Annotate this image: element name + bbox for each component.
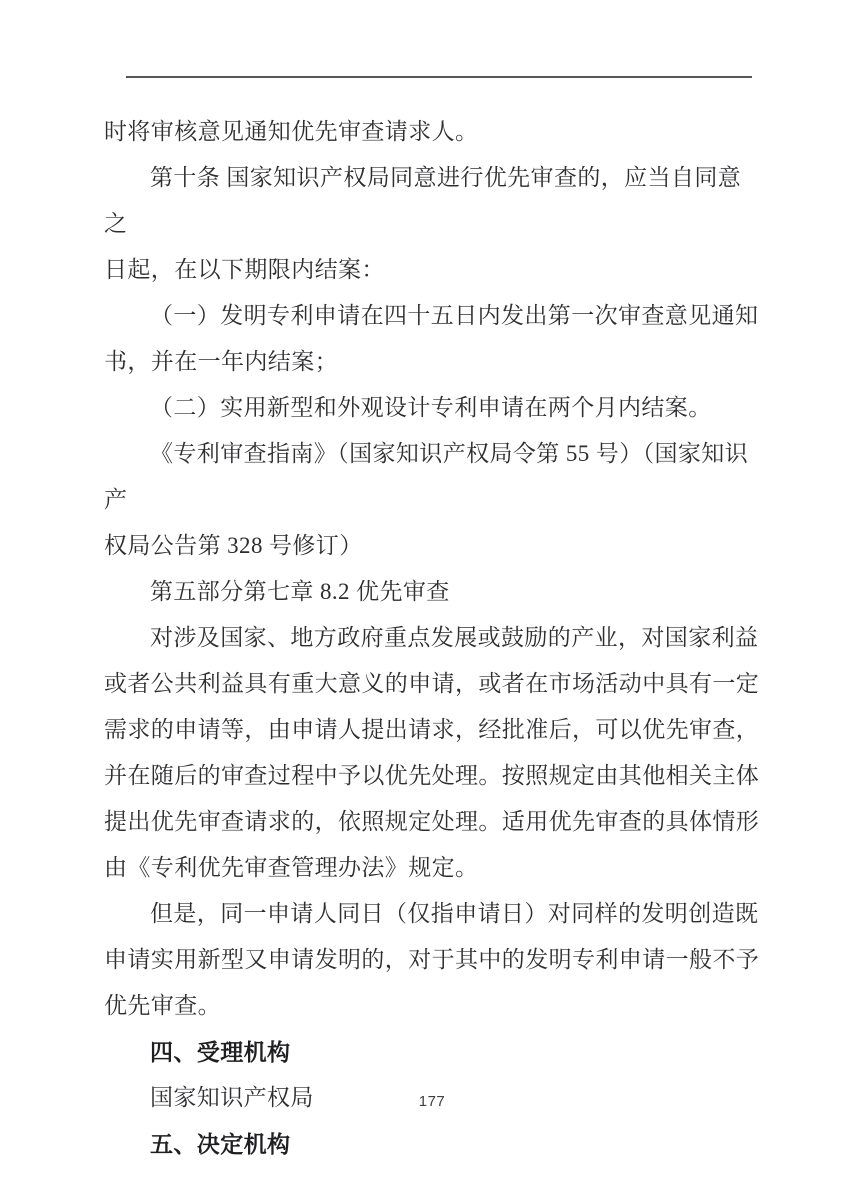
paragraph-article-10: 第十条 国家知识产权局同意进行优先审查的，应当自同意之 日起，在以下期限内结案： bbox=[104, 155, 760, 293]
paragraph-chapter-reference: 第五部分第七章 8.2 优先审查 bbox=[104, 569, 760, 615]
section-heading-accepting-authority: 四、受理机构 bbox=[104, 1029, 760, 1075]
paragraph-guideline-citation: 《专利审查指南》（国家知识产权局令第 55 号）（国家知识产 权局公告第 328… bbox=[104, 431, 760, 569]
header-divider bbox=[126, 76, 752, 78]
paragraph-item-1: （一）发明专利申请在四十五日内发出第一次审查意见通知 书，并在一年内结案； bbox=[104, 293, 760, 385]
document-page: 时将审核意见通知优先审查请求人。 第十条 国家知识产权局同意进行优先审查的，应当… bbox=[0, 0, 849, 1200]
paragraph-continuation: 时将审核意见通知优先审查请求人。 bbox=[104, 109, 760, 155]
paragraph-same-day-exception: 但是，同一申请人同日（仅指申请日）对同样的发明创造既 申请实用新型又申请发明的，… bbox=[104, 891, 760, 1029]
paragraph-item-2: （二）实用新型和外观设计专利申请在两个月内结案。 bbox=[104, 385, 760, 431]
page-number: 177 bbox=[104, 1093, 760, 1110]
paragraph-priority-scope: 对涉及国家、地方政府重点发展或鼓励的产业，对国家利益 或者公共利益具有重大意义的… bbox=[104, 615, 760, 891]
document-body: 时将审核意见通知优先审查请求人。 第十条 国家知识产权局同意进行优先审查的，应当… bbox=[104, 109, 760, 1167]
section-heading-deciding-authority: 五、决定机构 bbox=[104, 1121, 760, 1167]
